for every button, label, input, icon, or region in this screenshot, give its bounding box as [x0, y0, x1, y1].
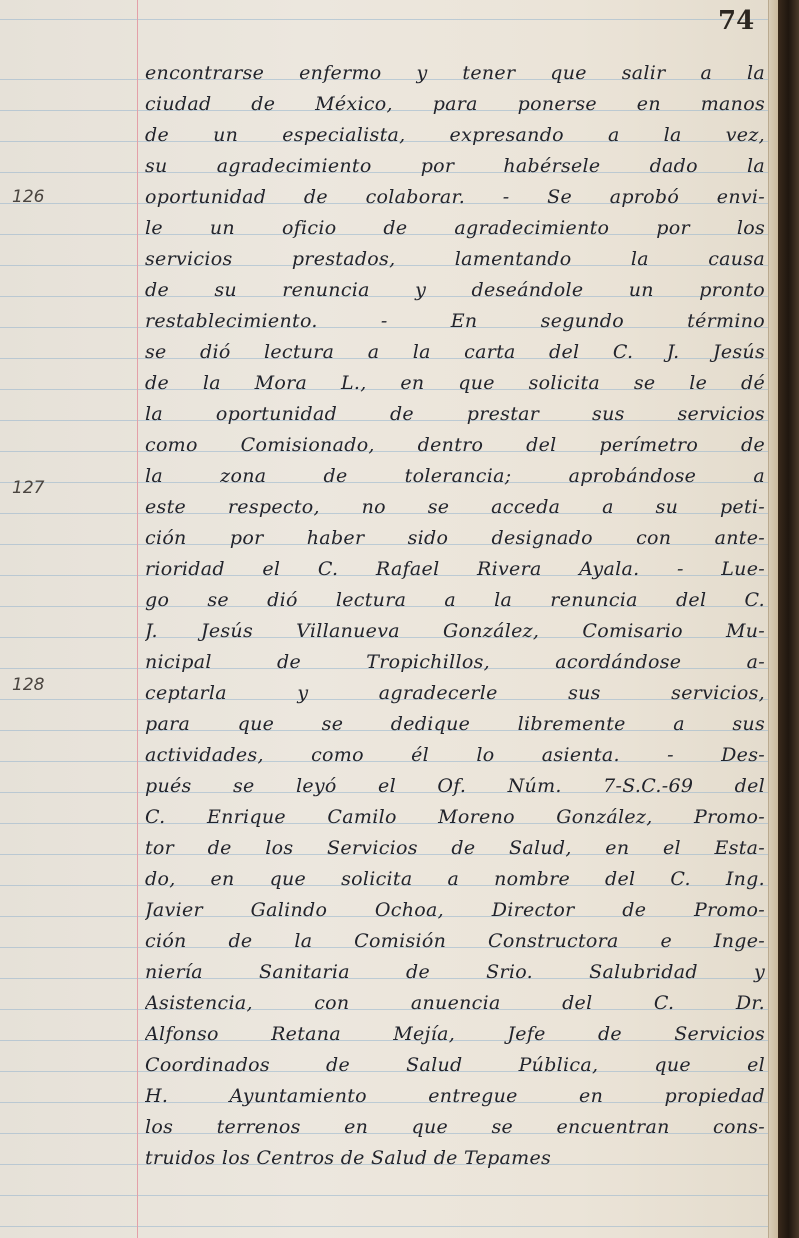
text-line: H. Ayuntamiento entregue en propiedad: [145, 1081, 765, 1112]
text-line: truidos los Centros de Salud de Tepames: [145, 1143, 765, 1174]
text-line: la zona de tolerancia; aprobándose a: [145, 461, 765, 492]
book-binding: [778, 0, 799, 1238]
text-line: go se dió lectura a la renuncia del C.: [145, 585, 765, 616]
text-line: de la Mora L., en que solicita se le dé: [145, 368, 765, 399]
handwritten-text: encontrarse enfermo y tener que salir a …: [145, 58, 765, 1174]
text-line: para que se dedique libremente a sus: [145, 709, 765, 740]
text-line: ción por haber sido designado con ante-: [145, 523, 765, 554]
text-line: tor de los Servicios de Salud, en el Est…: [145, 833, 765, 864]
text-line: niería Sanitaria de Srio. Salubridad y: [145, 957, 765, 988]
text-line: ción de la Comisión Constructora e Inge-: [145, 926, 765, 957]
entry-number-126: 126: [12, 187, 44, 207]
text-line: la oportunidad de prestar sus servicios: [145, 399, 765, 430]
text-line: encontrarse enfermo y tener que salir a …: [145, 58, 765, 89]
text-line: J. Jesús Villanueva González, Comisario …: [145, 616, 765, 647]
text-line: ciudad de México, para ponerse en manos: [145, 89, 765, 120]
text-line: C. Enrique Camilo Moreno González, Promo…: [145, 802, 765, 833]
text-line: nicipal de Tropichillos, acordándose a-: [145, 647, 765, 678]
text-line: Coordinados de Salud Pública, que el: [145, 1050, 765, 1081]
text-line: restablecimiento. - En segundo término: [145, 306, 765, 337]
text-line: oportunidad de colaborar. - Se aprobó en…: [145, 182, 765, 213]
ledger-page: 74 126 127 128 encontrarse enfermo y ten…: [0, 0, 768, 1238]
text-line: servicios prestados, lamentando la causa: [145, 244, 765, 275]
text-line: le un oficio de agradecimiento por los: [145, 213, 765, 244]
text-line: los terrenos en que se encuentran cons-: [145, 1112, 765, 1143]
entry-number-127: 127: [12, 478, 44, 498]
text-line: do, en que solicita a nombre del C. Ing.: [145, 864, 765, 895]
text-line: se dió lectura a la carta del C. J. Jesú…: [145, 337, 765, 368]
margin-line: [137, 0, 138, 1238]
text-line: Javier Galindo Ochoa, Director de Promo-: [145, 895, 765, 926]
text-line: Asistencia, con anuencia del C. Dr.: [145, 988, 765, 1019]
text-line: este respecto, no se acceda a su peti-: [145, 492, 765, 523]
page-number: 74: [718, 6, 754, 36]
text-line: rioridad el C. Rafael Rivera Ayala. - Lu…: [145, 554, 765, 585]
text-line: de un especialista, expresando a la vez,: [145, 120, 765, 151]
entry-number-128: 128: [12, 675, 44, 695]
text-line: como Comisionado, dentro del perímetro d…: [145, 430, 765, 461]
text-line: su agradecimiento por habérsele dado la: [145, 151, 765, 182]
text-line: Alfonso Retana Mejía, Jefe de Servicios: [145, 1019, 765, 1050]
text-line: actividades, como él lo asienta. - Des-: [145, 740, 765, 771]
text-line: de su renuncia y deseándole un pronto: [145, 275, 765, 306]
text-line: ceptarla y agradecerle sus servicios,: [145, 678, 765, 709]
text-line: pués se leyó el Of. Núm. 7-S.C.-69 del: [145, 771, 765, 802]
